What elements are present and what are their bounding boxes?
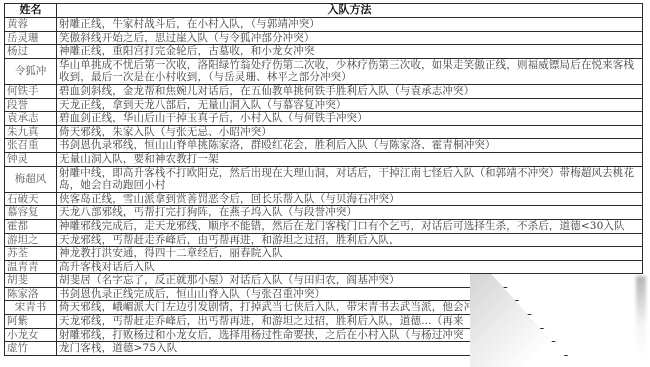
table-row: 梅超风 射雕中线，即高升客栈不打欧阳克，然后出现在大理山洞，对话后，干掉江南七怪… — [5, 166, 643, 192]
table-row: 张召重 书剑恩仇录邪线，恒山山脊单挑陈家洛，群殴红花会，胜利后入队（与陈家洛、霍… — [5, 139, 643, 153]
table-row: 岳灵珊 笑傲斜线开始之后，思过崖入队（与令狐冲部分冲突） — [5, 31, 643, 45]
table-row: 慕容复 天龙八部邪线，丐帮打完打狗阵，在燕子坞入队（与段誉冲突） — [5, 206, 643, 220]
recruit-method: 射雕正线，牛家村战斗后，在小村入队，（与郭靖冲突） — [57, 18, 643, 32]
recruit-method: 天龙邪线，丐帮赶走乔峰后，出丐帮再进，和游坦之过招，胜利后入队，道德…（再来 — [57, 315, 643, 329]
character-name: 慕容复 — [5, 206, 57, 220]
recruit-method: 天龙正线，拿到天龙八部后，无量山洞入队（与慕容复冲突） — [57, 98, 643, 112]
recruit-method: 无量山洞入队，要和神农教打一架 — [57, 152, 643, 166]
character-name: 令狐冲 — [5, 58, 57, 84]
table-row: 阿紫 天龙邪线，丐帮赶走乔峰后，出丐帮再进，和游坦之过招，胜利后入队，道德…（再… — [5, 315, 643, 329]
character-name: 钟灵 — [5, 152, 57, 166]
table-row: 温青青 高升客栈对话后入队 — [5, 260, 643, 274]
character-name: 苏荃 — [5, 247, 57, 261]
character-name: 小龙女 — [5, 328, 57, 342]
character-name: 虚竹 — [5, 342, 57, 356]
character-name: 霍都 — [5, 219, 57, 233]
table-row: 霍都 神雕邪线完成后，走天龙邪线，顺序不能错，然后在龙门客栈门口有个乞丐，对话后… — [5, 219, 643, 233]
character-name: 阿紫 — [5, 315, 57, 329]
column-header-name: 姓名 — [5, 4, 57, 18]
character-name: 朱九真 — [5, 125, 57, 139]
recruit-method: 碧血剑斜线，金龙帮和焦婉儿对话后，在五仙教单挑何铁手胜利后入队（与袁承志冲突） — [57, 84, 643, 98]
document-sheet: 姓名 入队方法 黄蓉 射雕正线，牛家村战斗后，在小村入队，（与郭靖冲突） 岳灵珊… — [4, 3, 642, 356]
recruit-method: 天龙八部邪线，丐帮打完打狗阵，在燕子坞入队（与段誉冲突） — [57, 206, 643, 220]
recruit-method: 倚天邪线，朱家入队（与张无忌、小昭冲突） — [57, 125, 643, 139]
table-row: 钟灵 无量山洞入队，要和神农教打一架 — [5, 152, 643, 166]
table-row: 苏荃 神龙教打洪安通，得四十二章经后，丽春院入队 — [5, 247, 643, 261]
character-name: 陈家洛 — [5, 287, 57, 301]
character-name: 杨过 — [5, 45, 57, 59]
recruit-method: 神雕邪线完成后，走天龙邪线，顺序不能错，然后在龙门客栈门口有个乞丐，对话后可选择… — [57, 219, 643, 233]
character-name: 石破天 — [5, 192, 57, 206]
character-name: 梅超风 — [5, 166, 57, 192]
table-row: 段誉 天龙正线，拿到天龙八部后，无量山洞入队（与慕容复冲突） — [5, 98, 643, 112]
table-row: 朱九真 倚天邪线，朱家入队（与张无忌、小昭冲突） — [5, 125, 643, 139]
table-row: 宋青书 倚天邪线，峨嵋派大门左边引发剧情，打掉武当七侠后入队，带宋青书去武当派，… — [5, 301, 643, 315]
table-row: 何铁手 碧血剑斜线，金龙帮和焦婉儿对话后，在五仙教单挑何铁手胜利后入队（与袁承志… — [5, 84, 643, 98]
character-name: 段誉 — [5, 98, 57, 112]
recruit-method: 华山单挑成不忧后第一次收，洛阳绿竹翁处疗伤第二次收，少林疗伤第三次收，如果走笑傲… — [57, 58, 643, 84]
table-row: 石破天 侠客岛正线，雪山派拿到赏善罚恶令后，回长乐帮入队（与贝海石冲突） — [5, 192, 643, 206]
table-row: 黄蓉 射雕正线，牛家村战斗后，在小村入队，（与郭靖冲突） — [5, 18, 643, 32]
table-row: 袁承志 碧血剑正线，华山后山干掉玉真子后，小村入队（与何铁手冲突） — [5, 112, 643, 126]
table-row: 游坦之 天龙邪线，丐帮赶走乔峰后，由丐帮再进，和游坦之过招，胜利后入队， — [5, 233, 643, 247]
character-name: 黄蓉 — [5, 18, 57, 32]
recruit-method: 笑傲斜线开始之后，思过崖入队（与令狐冲部分冲突） — [57, 31, 643, 45]
recruit-method: 胡斐居（名字忘了，反正就那小屋）对话后入队（与田归农，阎基冲突） — [57, 274, 643, 288]
character-name: 何铁手 — [5, 84, 57, 98]
recruit-method: 倚天邪线，峨嵋派大门左边引发剧情，打掉武当七侠后入队，带宋青书去武当派，他会冲突… — [57, 301, 643, 315]
table-header-row: 姓名 入队方法 — [5, 4, 643, 18]
character-name: 宋青书 — [5, 301, 57, 315]
recruit-method: 书剑恩仇录邪线，恒山山脊单挑陈家洛，群殴红花会，胜利后入队（与陈家洛、霍青桐冲突… — [57, 139, 643, 153]
table-row: 胡斐 胡斐居（名字忘了，反正就那小屋）对话后入队（与田归农，阎基冲突） — [5, 274, 643, 288]
recruit-method: 高升客栈对话后入队 — [57, 260, 643, 274]
recruit-table: 姓名 入队方法 黄蓉 射雕正线，牛家村战斗后，在小村入队，（与郭靖冲突） 岳灵珊… — [4, 3, 643, 356]
character-name: 袁承志 — [5, 112, 57, 126]
table-row: 陈家洛 书剑恩仇录正线完成后，恒山山脊入队（与张召重冲突） — [5, 287, 643, 301]
character-name: 胡斐 — [5, 274, 57, 288]
recruit-method: 射雕中线，即高升客栈不打欧阳克，然后出现在大理山洞，对话后，干掉江南七怪后入队（… — [57, 166, 643, 192]
recruit-method: 侠客岛正线，雪山派拿到赏善罚恶令后，回长乐帮入队（与贝海石冲突） — [57, 192, 643, 206]
character-name: 张召重 — [5, 139, 57, 153]
column-header-method: 入队方法 — [57, 4, 643, 18]
recruit-method: 射雕邪线，打败杨过和小龙女后，选择用杨过性命要挟，之后在小村入队（与杨过冲突 — [57, 328, 643, 342]
recruit-method: 天龙邪线，丐帮赶走乔峰后，由丐帮再进，和游坦之过招，胜利后入队， — [57, 233, 643, 247]
table-row: 虚竹 龙门客栈，道德>75入队 — [5, 342, 643, 356]
recruit-method: 碧血剑正线，华山后山干掉玉真子后，小村入队（与何铁手冲突） — [57, 112, 643, 126]
recruit-method: 书剑恩仇录正线完成后，恒山山脊入队（与张召重冲突） — [57, 287, 643, 301]
character-name: 温青青 — [5, 260, 57, 274]
recruit-method: 神雕正线，重阳宫打完金轮后，古墓收，和小龙女冲突 — [57, 45, 643, 59]
character-name: 游坦之 — [5, 233, 57, 247]
recruit-method: 龙门客栈，道德>75入队 — [57, 342, 643, 356]
recruit-method: 神龙教打洪安通，得四十二章经后，丽春院入队 — [57, 247, 643, 261]
character-name: 岳灵珊 — [5, 31, 57, 45]
table-row: 杨过 神雕正线，重阳宫打完金轮后，古墓收，和小龙女冲突 — [5, 45, 643, 59]
table-row: 令狐冲 华山单挑成不忧后第一次收，洛阳绿竹翁处疗伤第二次收，少林疗伤第三次收，如… — [5, 58, 643, 84]
table-row: 小龙女 射雕邪线，打败杨过和小龙女后，选择用杨过性命要挟，之后在小村入队（与杨过… — [5, 328, 643, 342]
